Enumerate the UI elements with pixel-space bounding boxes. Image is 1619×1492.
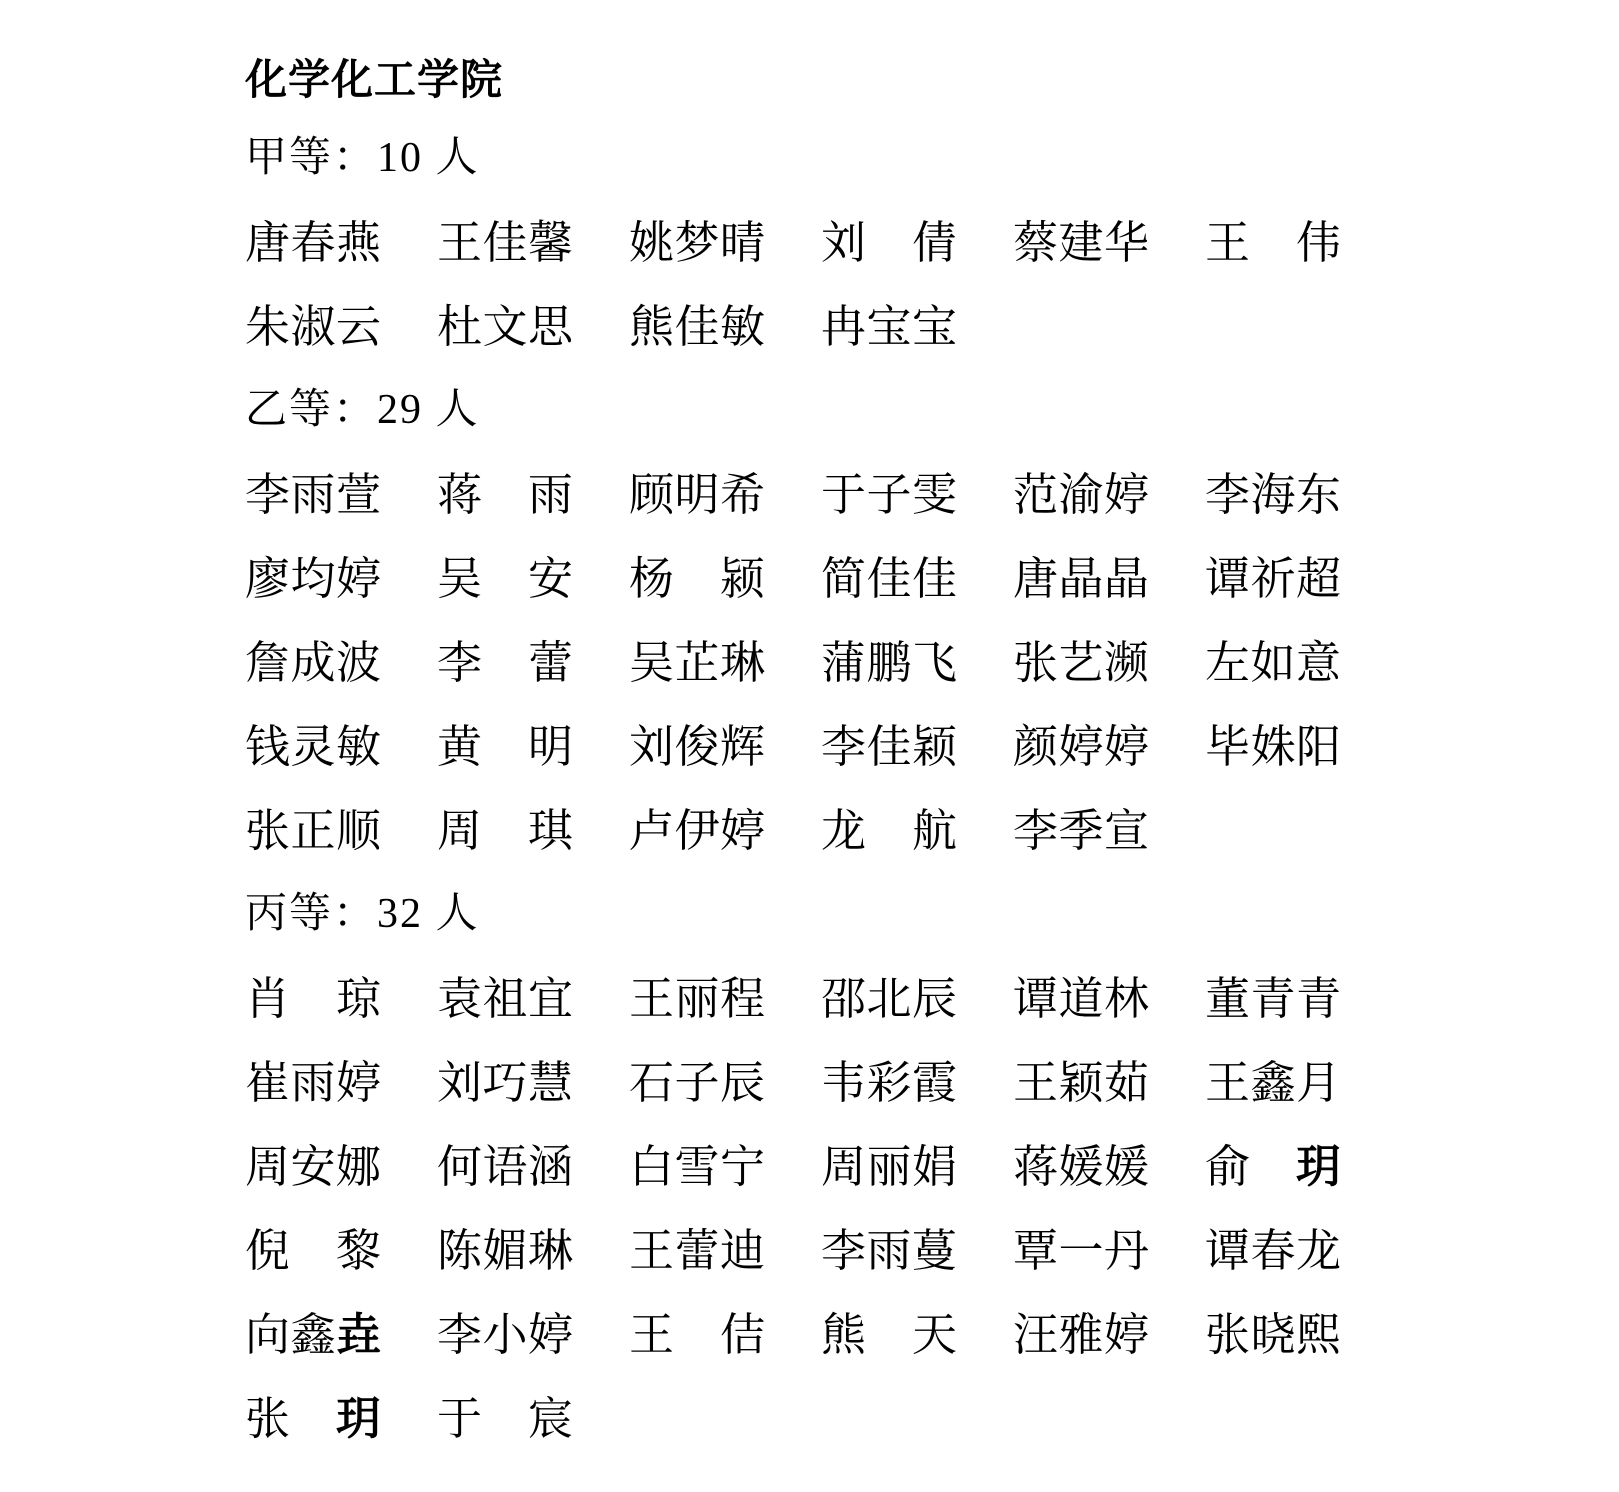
student-name: 向鑫垚 [245, 1298, 382, 1363]
student-name: 龙 航 [821, 794, 958, 859]
student-name: 熊佳敏 [629, 290, 766, 355]
section-header: 丙等：32 人 [245, 868, 1619, 952]
student-name: 李佳颖 [821, 710, 958, 775]
student-name: 汪雅婷 [1013, 1298, 1150, 1363]
name-row: 李雨萱蒋 雨顾明希于子雯范渝婷李海东 [245, 448, 1619, 532]
student-name: 吴 安 [437, 542, 574, 607]
name-row: 周安娜何语涵白雪宁周丽娟蒋媛媛俞 玥 [245, 1120, 1619, 1204]
student-name: 倪 黎 [245, 1214, 382, 1279]
student-name: 范渝婷 [1013, 458, 1150, 523]
student-name: 李小婷 [437, 1298, 574, 1363]
student-name: 李海东 [1205, 458, 1342, 523]
student-name: 袁祖宜 [437, 962, 574, 1027]
student-name: 杜文思 [437, 290, 574, 355]
name-row: 廖均婷吴 安杨 颍简佳佳唐晶晶谭祈超 [245, 532, 1619, 616]
student-name: 王蕾迪 [629, 1214, 766, 1279]
student-name: 崔雨婷 [245, 1046, 382, 1111]
student-name: 简佳佳 [821, 542, 958, 607]
student-name: 石子辰 [629, 1046, 766, 1111]
student-name: 于 宸 [437, 1382, 574, 1447]
student-name: 左如意 [1205, 626, 1342, 691]
student-name: 张 玥 [245, 1382, 382, 1447]
student-name: 谭祈超 [1205, 542, 1342, 607]
student-name: 于子雯 [821, 458, 958, 523]
fallback-glyph: 垚 [336, 1309, 382, 1360]
student-name: 黄 明 [437, 710, 574, 775]
student-name: 詹成波 [245, 626, 382, 691]
student-name: 李季宣 [1013, 794, 1150, 859]
name-row: 肖 琼袁祖宜王丽程邵北辰谭道林董青青 [245, 952, 1619, 1036]
student-name: 廖均婷 [245, 542, 382, 607]
fallback-glyph: 玥 [336, 1393, 382, 1444]
fallback-glyph: 玥 [1296, 1141, 1342, 1192]
name-row: 崔雨婷刘巧慧石子辰韦彩霞王颖茹王鑫月 [245, 1036, 1619, 1120]
student-name: 朱淑云 [245, 290, 382, 355]
student-name: 颜婷婷 [1013, 710, 1150, 775]
student-name: 王 伟 [1205, 206, 1342, 271]
student-name: 俞 玥 [1205, 1130, 1342, 1195]
student-name: 蒲鹏飞 [821, 626, 958, 691]
student-name: 姚梦晴 [629, 206, 766, 271]
student-name: 何语涵 [437, 1130, 574, 1195]
student-name: 韦彩霞 [821, 1046, 958, 1111]
name-row: 唐春燕王佳馨姚梦晴刘 倩蔡建华王 伟 [245, 196, 1619, 280]
student-name: 周安娜 [245, 1130, 382, 1195]
student-name: 王丽程 [629, 962, 766, 1027]
student-name: 谭道林 [1013, 962, 1150, 1027]
student-name: 唐晶晶 [1013, 542, 1150, 607]
name-row: 詹成波李 蕾吴芷琳蒲鹏飞张艺濒左如意 [245, 616, 1619, 700]
student-name: 蒋媛媛 [1013, 1130, 1150, 1195]
student-name: 蒋 雨 [437, 458, 574, 523]
student-name: 王佳馨 [437, 206, 574, 271]
student-name: 王 佶 [629, 1298, 766, 1363]
student-name: 熊 天 [821, 1298, 958, 1363]
student-name: 王颖茹 [1013, 1046, 1150, 1111]
sections-container: 甲等：10 人唐春燕王佳馨姚梦晴刘 倩蔡建华王 伟朱淑云杜文思熊佳敏冉宝宝乙等：… [245, 112, 1619, 1456]
student-name: 谭春龙 [1205, 1214, 1342, 1279]
student-name: 李 蕾 [437, 626, 574, 691]
name-row: 张 玥于 宸 [245, 1372, 1619, 1456]
student-name: 刘 倩 [821, 206, 958, 271]
student-name: 唐春燕 [245, 206, 382, 271]
student-name: 李雨蔓 [821, 1214, 958, 1279]
student-name: 卢伊婷 [629, 794, 766, 859]
student-name: 李雨萱 [245, 458, 382, 523]
student-name: 覃一丹 [1013, 1214, 1150, 1279]
student-name: 王鑫月 [1205, 1046, 1342, 1111]
student-name: 吴芷琳 [629, 626, 766, 691]
name-row: 倪 黎陈媚琳王蕾迪李雨蔓覃一丹谭春龙 [245, 1204, 1619, 1288]
student-name: 张艺濒 [1013, 626, 1150, 691]
student-name: 刘巧慧 [437, 1046, 574, 1111]
student-name: 陈媚琳 [437, 1214, 574, 1279]
student-name: 白雪宁 [629, 1130, 766, 1195]
page-title: 化学化工学院 [245, 42, 1619, 112]
student-name: 毕姝阳 [1205, 710, 1342, 775]
student-name: 肖 琼 [245, 962, 382, 1027]
student-name: 杨 颍 [629, 542, 766, 607]
student-name: 钱灵敏 [245, 710, 382, 775]
student-name: 刘俊辉 [629, 710, 766, 775]
student-name: 邵北辰 [821, 962, 958, 1027]
student-name: 周 琪 [437, 794, 574, 859]
name-row: 钱灵敏黄 明刘俊辉李佳颖颜婷婷毕姝阳 [245, 700, 1619, 784]
name-row: 向鑫垚李小婷王 佶熊 天汪雅婷张晓熙 [245, 1288, 1619, 1372]
name-row: 朱淑云杜文思熊佳敏冉宝宝 [245, 280, 1619, 364]
student-name: 张正顺 [245, 794, 382, 859]
name-row: 张正顺周 琪卢伊婷龙 航李季宣 [245, 784, 1619, 868]
section-header: 甲等：10 人 [245, 112, 1619, 196]
student-name: 蔡建华 [1013, 206, 1150, 271]
student-name: 顾明希 [629, 458, 766, 523]
student-name: 周丽娟 [821, 1130, 958, 1195]
document-page: 化学化工学院 甲等：10 人唐春燕王佳馨姚梦晴刘 倩蔡建华王 伟朱淑云杜文思熊佳… [0, 0, 1619, 1492]
student-name: 董青青 [1205, 962, 1342, 1027]
student-name: 冉宝宝 [821, 290, 958, 355]
section-header: 乙等：29 人 [245, 364, 1619, 448]
student-name: 张晓熙 [1205, 1298, 1342, 1363]
